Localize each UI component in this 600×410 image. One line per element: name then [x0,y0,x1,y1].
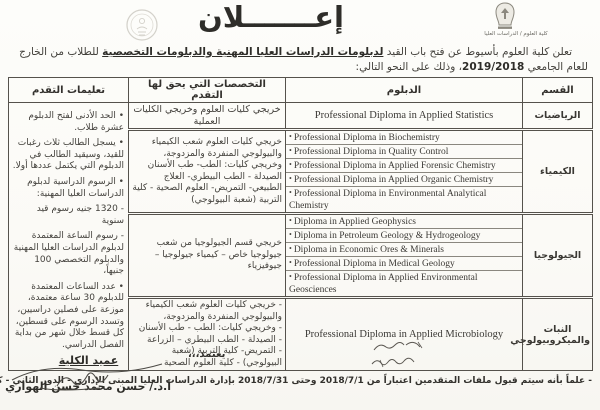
diploma-item: •Diploma in Applied Geophysics [286,215,522,229]
department-cell: الرياضيات [523,103,593,130]
faculty-logo: كلية العلوم / الدراسات العليا [482,2,528,37]
intro-paragraph: تعلن كلية العلوم بأسيوط عن فتح باب القيد… [0,44,600,74]
header-instructions: تعليمات التقدم [9,78,129,103]
diploma-item: •Professional Diploma in Environmental A… [286,187,522,212]
intro-diplomas-highlight: لدبلومات الدراسات العليا المهنية والدبلو… [102,46,383,58]
diplomas-table-wrapper: القسم الدبلوم التخصصات التي يحق لها التق… [8,77,592,371]
instruction-line: • الرسوم الدراسية لدبلوم الدراسات العليا… [12,177,124,200]
academic-year: 2019/2018 [462,61,524,73]
diploma-item: •Professional Diploma in Medical Geology [286,257,522,271]
diploma-item: •Professional Diploma in Quality Control [286,145,522,159]
spec-line: خريجي قسم الجيولوجيا من شعب جيولوجيا خاص… [132,238,282,273]
table-header-row: القسم الدبلوم التخصصات التي يحق لها التق… [9,78,593,103]
faculty-logo-caption: كلية العلوم / الدراسات العليا [484,30,525,36]
faculty-emblem-icon [493,2,517,30]
department-cell: الجيولوجيا [523,214,593,298]
header-department: القسم [523,78,593,103]
instruction-line: - 1320 جنيه رسوم قيد سنوية [12,204,124,227]
document-header: إعـــــــلان كلية العلوم / الدراسات العل… [0,0,600,44]
diploma-item: •Professional Diploma in Applied Environ… [286,271,522,296]
diploma-item: •Diploma in Economic Ores & Minerals [286,243,522,257]
diploma-cell: •Professional Diploma in Biochemistry•Pr… [286,130,523,214]
handwritten-approval-icon [366,336,438,378]
diploma-item: •Professional Diploma in Applied Organic… [286,173,522,187]
specializations-cell: خريجي كليات العلوم وخريجي الكليات العملي… [129,103,286,130]
department-cell: النبات والميكروبيولوجي [523,298,593,371]
diploma-cell: •Diploma in Applied Geophysics•Diploma i… [286,214,523,298]
specializations-cell: خريجي كليات العلوم شعب الكيمياء والبيولو… [129,130,286,214]
announcement-document: إعـــــــلان كلية العلوم / الدراسات العل… [0,0,600,410]
instruction-line: - رسوم الساعة المعتمدة لدبلوم الدراسات ا… [12,231,124,277]
spec-line: - الصيدلة - الطب البيطري – الزراعة [132,335,282,347]
diploma-item: •Professional Diploma in Biochemistry [286,131,522,145]
spec-line: - وخريجي كليات: الطب - طب الأسنان [132,323,282,335]
instruction-line: • الحد الأدنى لفتح الدبلوم عشرة طلاب. [12,111,124,134]
specializations-cell: خريجي قسم الجيولوجيا من شعب جيولوجيا خاص… [129,214,286,298]
spec-line: خريجي كليات العلوم وخريجي الكليات العملي… [132,104,282,127]
dean-signature-block: عميد الكلية أ.د./ حسن محمد حسن الهواري [6,354,171,393]
dean-name: أ.د./ حسن محمد حسن الهواري [6,380,171,393]
spec-line: خريجي كليات العلوم شعب الكيمياء والبيولو… [132,137,282,206]
diploma-cell: Professional Diploma in Applied Statisti… [286,103,523,130]
diploma-item: •Diploma in Petroleum Geology & Hydrogeo… [286,229,522,243]
approval-word: يعتمد،،، [188,349,225,360]
instruction-line: • يسجل الطالب ثلاث رغبات للقيد، وسيقيد ا… [12,138,124,173]
instructions-cell: • الحد الأدنى لفتح الدبلوم عشرة طلاب.• ي… [9,103,129,371]
university-seal-icon [124,7,160,43]
diplomas-table: القسم الدبلوم التخصصات التي يحق لها التق… [8,77,593,371]
header-specializations: التخصصات التي يحق لها التقدم [129,78,286,103]
department-cell: الكيمياء [523,130,593,214]
instruction-line: • عدد الساعات المعتمدة للدبلوم 30 ساعة م… [12,282,124,352]
table-row-mathematics: الرياضيات Professional Diploma in Applie… [9,103,593,130]
page-title: إعـــــــلان [196,0,346,34]
spec-line: - خريجي كليات العلوم شعب الكيمياء والبيو… [132,300,282,323]
diploma-item: •Professional Diploma in Applied Forensi… [286,159,522,173]
intro-text: تعلن كلية العلوم بأسيوط عن فتح باب القيد [383,46,572,58]
header-diploma: الدبلوم [286,78,523,103]
dean-title: عميد الكلية [6,354,171,367]
